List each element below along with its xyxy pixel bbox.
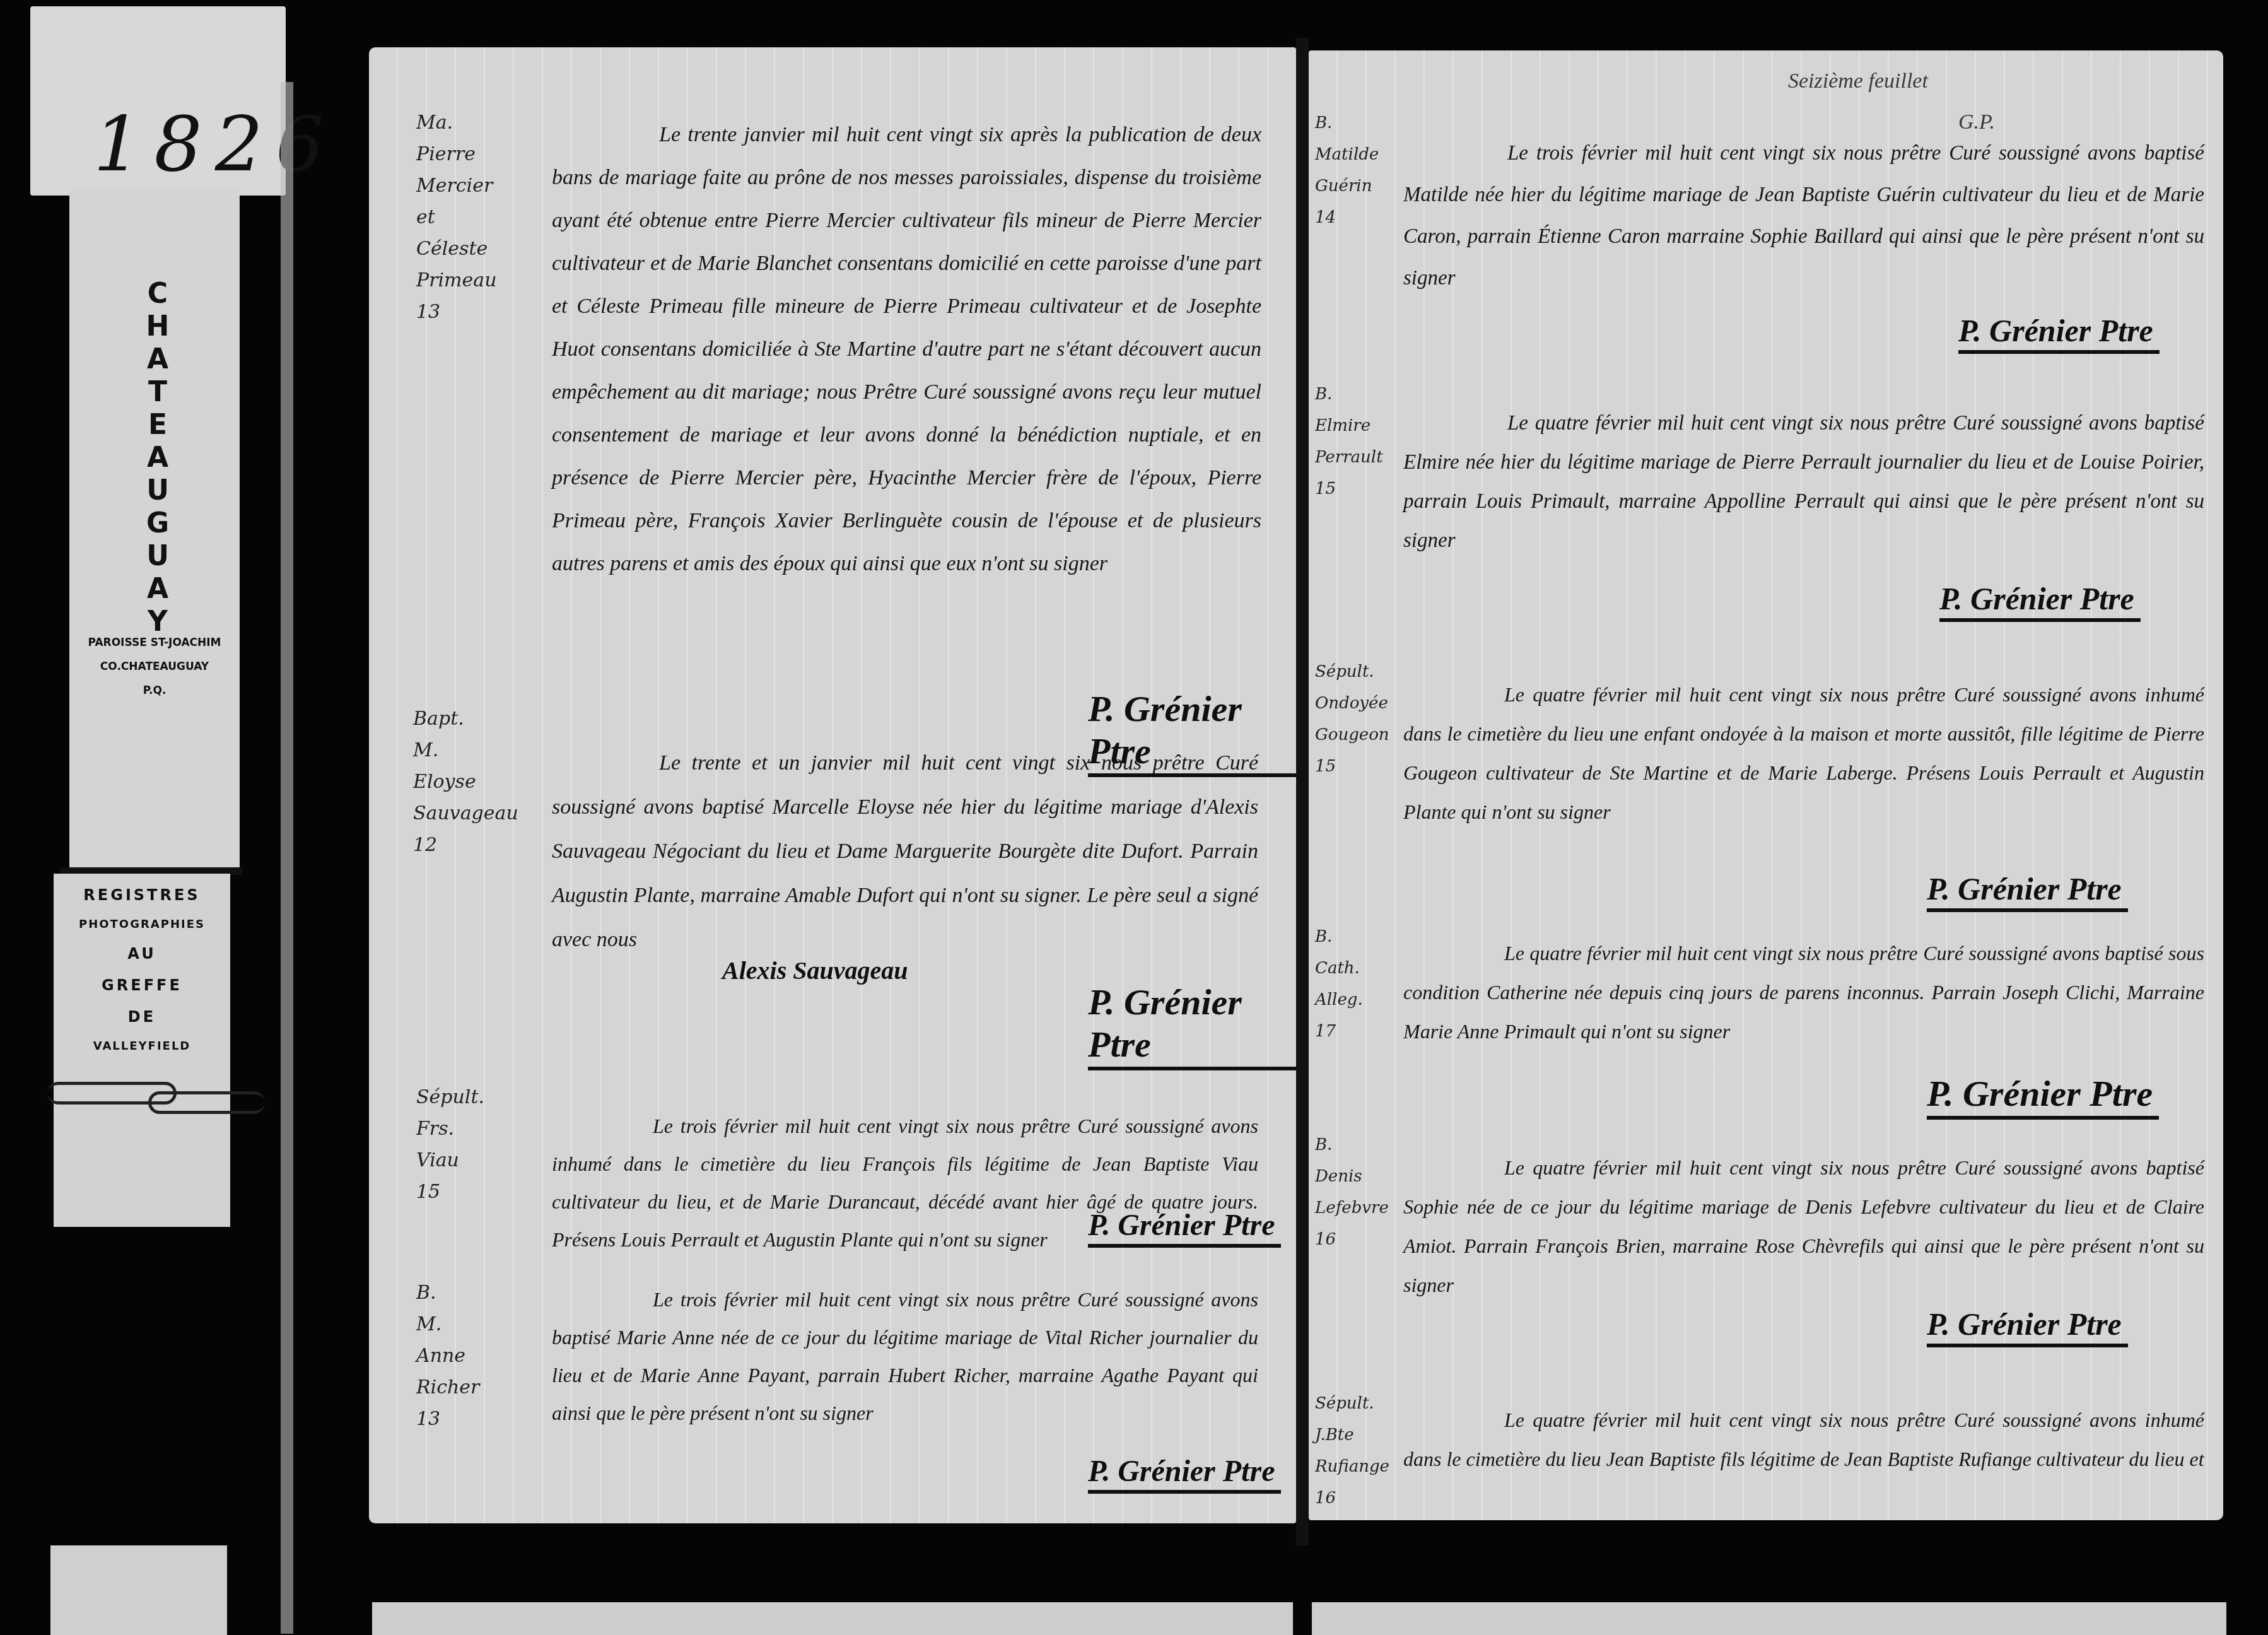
parent-signature: Alexis Sauvageau	[722, 956, 914, 987]
registry-line: AU	[54, 945, 230, 963]
priest-signature: P. Grénier Ptre	[1927, 1072, 2159, 1120]
registry-line: REGISTRES	[54, 886, 230, 904]
entry-text: Le quatre février mil huit cent vingt si…	[1403, 404, 2204, 560]
priest-signature: P. Grénier Ptre	[1088, 1208, 1281, 1248]
priest-signature: P. Grénier Ptre	[1088, 1454, 1281, 1494]
registry-line: DE	[54, 1008, 230, 1026]
priest-signature: P. Grénier Ptre	[1088, 981, 1296, 1070]
left-page: Ma. Pierre Mercier et Céleste Primeau 13…	[369, 47, 1296, 1523]
letter: T	[139, 376, 177, 409]
film-edge	[281, 82, 293, 1634]
folio-header: Seizième feuillet	[1788, 69, 1928, 93]
registry-line: PHOTOGRAPHIES	[54, 918, 230, 931]
letter: A	[139, 343, 177, 376]
parish-name: PAROISSE ST-JOACHIM	[69, 631, 240, 655]
entry-margin-note: B. Denis Lefebvre 16	[1315, 1129, 1372, 1255]
next-frame-right-page	[1312, 1602, 2226, 1635]
entry-text: Le quatre février mil huit cent vingt si…	[1403, 1148, 2204, 1304]
year-label: 1826	[93, 101, 336, 189]
entry-margin-note: Sépult. Ondoyée Gougeon 15	[1315, 656, 1372, 782]
year-tab: 1826	[30, 6, 286, 196]
entry-text: Le trois février mil huit cent vingt six…	[1403, 132, 2204, 299]
letter: U	[139, 474, 177, 507]
entry-text: Le trente et un janvier mil huit cent vi…	[552, 741, 1258, 962]
priest-signature: P. Grénier Ptre	[1939, 580, 2141, 622]
registry-line: GREFFE	[54, 976, 230, 994]
registry-card: REGISTRES PHOTOGRAPHIES AU GREFFE DE VAL…	[54, 874, 230, 1227]
entry-text: Le trente janvier mil huit cent vingt si…	[552, 114, 1261, 585]
entry-margin-note: Ma. Pierre Mercier et Céleste Primeau 13	[416, 107, 492, 328]
registry-line: VALLEYFIELD	[54, 1040, 230, 1053]
province-name: P.Q.	[69, 679, 240, 703]
entry-text: Le quatre février mil huit cent vingt si…	[1403, 675, 2204, 831]
letter: U	[139, 540, 177, 573]
entry-margin-note: Sépult. J.Bte Rufiange 16	[1315, 1388, 1372, 1514]
next-frame-left-page	[372, 1602, 1293, 1635]
entry-margin-note: Sépult. Frs. Viau 15	[416, 1082, 492, 1208]
priest-signature: P. Grénier Ptre	[1927, 1306, 2128, 1347]
entry-text: Le quatre février mil huit cent vingt si…	[1403, 1400, 2204, 1479]
next-frame-label	[50, 1545, 227, 1635]
entry-text: Le quatre février mil huit cent vingt si…	[1403, 934, 2204, 1051]
letter: A	[139, 442, 177, 474]
priest-signature: P. Grénier Ptre	[1958, 312, 2160, 354]
letter: A	[139, 573, 177, 606]
letter: C	[139, 278, 177, 310]
priest-signature: P. Grénier Ptre	[1927, 870, 2128, 912]
county-name: CO.CHATEAUGUAY	[69, 655, 240, 679]
book-gutter	[1296, 38, 1309, 1545]
letter: H	[139, 310, 177, 343]
letter: G	[139, 507, 177, 540]
entry-margin-note: B. Elmire Perrault 15	[1315, 378, 1372, 505]
parish-block: PAROISSE ST-JOACHIM CO.CHATEAUGUAY P.Q.	[69, 631, 240, 703]
folio-initials: G.P.	[1958, 110, 1995, 134]
entry-margin-note: B. Matilde Guérin 14	[1315, 107, 1372, 233]
entry-text: Le trois février mil huit cent vingt six…	[552, 1280, 1258, 1432]
place-name-vertical: C H A T E A U G U A Y	[139, 278, 177, 638]
paperclip-icon	[148, 1091, 265, 1114]
entry-margin-note: Bapt. M. Eloyse Sauvageau 12	[413, 703, 489, 861]
letter: E	[139, 409, 177, 442]
entry-margin-note: B. Cath. Alleg. 17	[1315, 921, 1372, 1047]
right-page: Seizième feuillet G.P. B. Matilde Guérin…	[1309, 50, 2223, 1520]
parish-label-strip: C H A T E A U G U A Y PAROISSE ST-JOACHI…	[69, 189, 240, 870]
entry-margin-note: B. M. Anne Richer 13	[416, 1277, 492, 1435]
